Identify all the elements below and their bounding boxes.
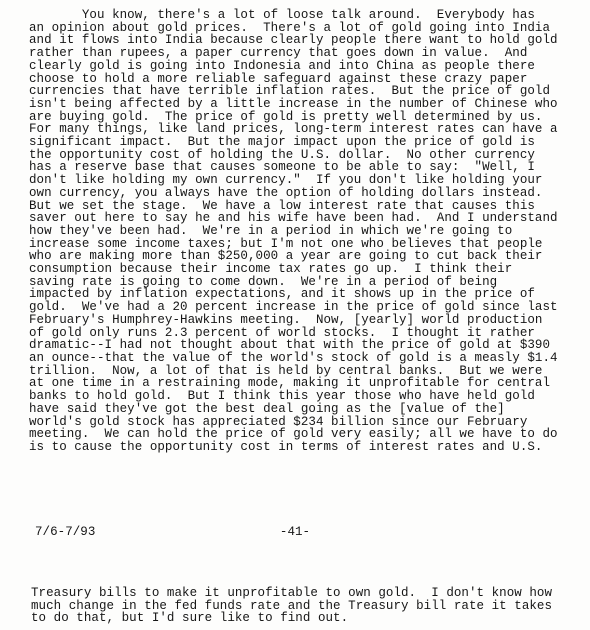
document-page: You know, there's a lot of loose talk ar… <box>0 0 590 630</box>
transcript-body-text: You know, there's a lot of loose talk ar… <box>29 9 565 454</box>
page-footer: -41- 7/6-7/93 <box>0 526 590 540</box>
transcript-continuation-text: Treasury bills to make it unprofitable t… <box>31 587 567 625</box>
meeting-date: 7/6-7/93 <box>35 526 95 539</box>
